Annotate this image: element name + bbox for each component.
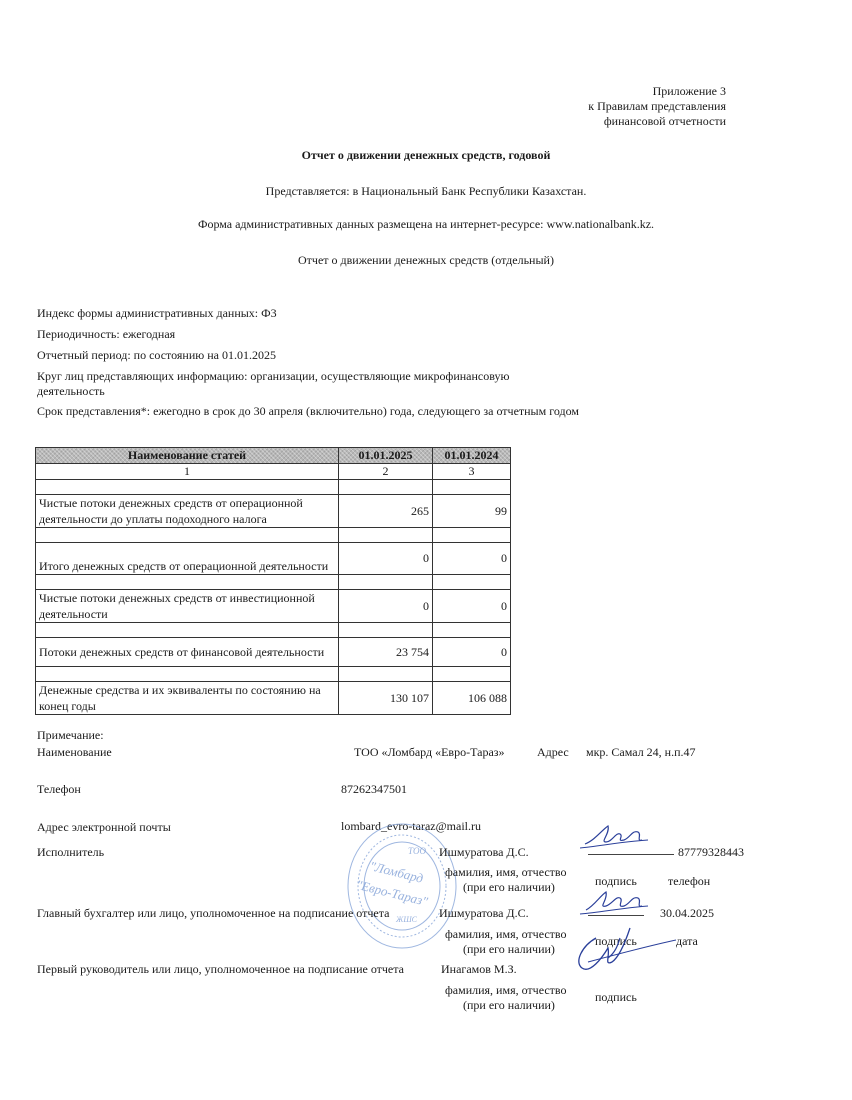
row-value-2025: 0 (339, 590, 433, 623)
cash-flow-table: Наименование статей 01.01.2025 01.01.202… (35, 447, 511, 715)
spacer-row (36, 528, 511, 543)
head-name: Инагамов М.З. (441, 962, 517, 977)
fio-caption: фамилия, имя, отчество (445, 983, 566, 998)
appendix-line-1: Приложение 3 (588, 84, 726, 99)
executor-phone: 87779328443 (678, 845, 744, 860)
appendix-line-3: финансовой отчетности (588, 114, 726, 129)
form-meta: Индекс формы административных данных: Ф3… (37, 306, 597, 424)
spacer-row (36, 623, 511, 638)
spacer-row (36, 575, 511, 590)
row-value-2025: 265 (339, 495, 433, 528)
appendix-line-2: к Правилам представления (588, 99, 726, 114)
appendix-note: Приложение 3 к Правилам представления фи… (588, 84, 726, 129)
executor-signature-line (588, 854, 674, 855)
header-2025: 01.01.2025 (339, 448, 433, 464)
row-name: Чистые потоки денежных средств от инвест… (36, 590, 339, 623)
table-row: Чистые потоки денежных средств от инвест… (36, 590, 511, 623)
table-row: Потоки денежных средств от финансовой де… (36, 638, 511, 667)
form-index: Индекс формы административных данных: Ф3 (37, 306, 597, 321)
row-name: Потоки денежных средств от финансовой де… (36, 638, 339, 667)
accountant-label: Главный бухгалтер или лицо, уполномоченн… (37, 906, 389, 921)
page-title: Отчет о движении денежных средств, годов… (0, 148, 852, 163)
header-2024: 01.01.2024 (433, 448, 511, 464)
column-number: 2 (339, 464, 433, 480)
row-value-2024: 99 (433, 495, 511, 528)
organization-name: ТОО «Ломбард «Евро-Тараз» (354, 745, 505, 760)
signature-caption: подпись (595, 990, 637, 1005)
row-value-2025: 23 754 (339, 638, 433, 667)
row-value-2024: 0 (433, 590, 511, 623)
column-number: 3 (433, 464, 511, 480)
svg-text:ЖШС: ЖШС (395, 915, 418, 924)
address-value: мкр. Самал 24, н.п.47 (586, 745, 696, 760)
fio-caption-note: (при его наличии) (463, 998, 555, 1013)
name-label: Наименование (37, 745, 112, 760)
row-value-2024: 0 (433, 543, 511, 575)
periodicity: Периодичность: ежегодная (37, 327, 597, 342)
executor-name: Ишмуратова Д.С. (439, 845, 529, 860)
table-row: Денежные средства и их эквиваленты по со… (36, 682, 511, 715)
svg-text:ТОО: ТОО (408, 846, 427, 856)
fio-caption-note: (при его наличии) (463, 880, 555, 895)
note-label: Примечание: (37, 728, 104, 743)
spacer-row (36, 667, 511, 682)
head-signature-icon (568, 918, 678, 978)
fio-caption: фамилия, имя, отчество (445, 927, 566, 942)
phone-label: Телефон (37, 782, 81, 797)
accountant-name: Ишмуратова Д.С. (439, 906, 529, 921)
phone-value: 87262347501 (341, 782, 407, 797)
row-value-2024: 106 088 (433, 682, 511, 715)
executor-signature-icon (580, 820, 650, 854)
table-header-row: Наименование статей 01.01.2025 01.01.202… (36, 448, 511, 464)
row-value-2024: 0 (433, 638, 511, 667)
accountant-signature-icon (578, 884, 650, 918)
row-name: Чистые потоки денежных средств от операц… (36, 495, 339, 528)
table-row: Чистые потоки денежных средств от операц… (36, 495, 511, 528)
fio-caption-note: (при его наличии) (463, 942, 555, 957)
spacer-row (36, 480, 511, 495)
form-note: Форма административных данных размещена … (0, 217, 852, 232)
phone-caption: телефон (668, 874, 710, 889)
submitted-to: Представляется: в Национальный Банк Респ… (0, 184, 852, 199)
row-name: Итого денежных средств от операционной д… (36, 543, 339, 575)
head-label: Первый руководитель или лицо, уполномоче… (37, 962, 404, 977)
deadline: Срок представления*: ежегодно в срок до … (37, 404, 582, 419)
executor-label: Исполнитель (37, 845, 104, 860)
header-item-name: Наименование статей (36, 448, 339, 464)
date-caption: дата (676, 934, 698, 949)
report-subtitle: Отчет о движении денежных средств (отдел… (0, 253, 852, 268)
fio-caption: фамилия, имя, отчество (445, 865, 566, 880)
row-name: Денежные средства и их эквиваленты по со… (36, 682, 339, 715)
column-number-row: 1 2 3 (36, 464, 511, 480)
address-label: Адрес (537, 745, 569, 760)
reporting-period: Отчетный период: по состоянию на 01.01.2… (37, 348, 597, 363)
email-label: Адрес электронной почты (37, 820, 171, 835)
row-value-2025: 0 (339, 543, 433, 575)
table-row: Итого денежных средств от операционной д… (36, 543, 511, 575)
accountant-signature-line (588, 915, 644, 916)
column-number: 1 (36, 464, 339, 480)
respondents: Круг лиц представляющих информацию: орга… (37, 369, 557, 399)
company-stamp-icon: ТОО "Ломбард "Евро-Тараз" ЖШС (346, 822, 458, 950)
row-value-2025: 130 107 (339, 682, 433, 715)
